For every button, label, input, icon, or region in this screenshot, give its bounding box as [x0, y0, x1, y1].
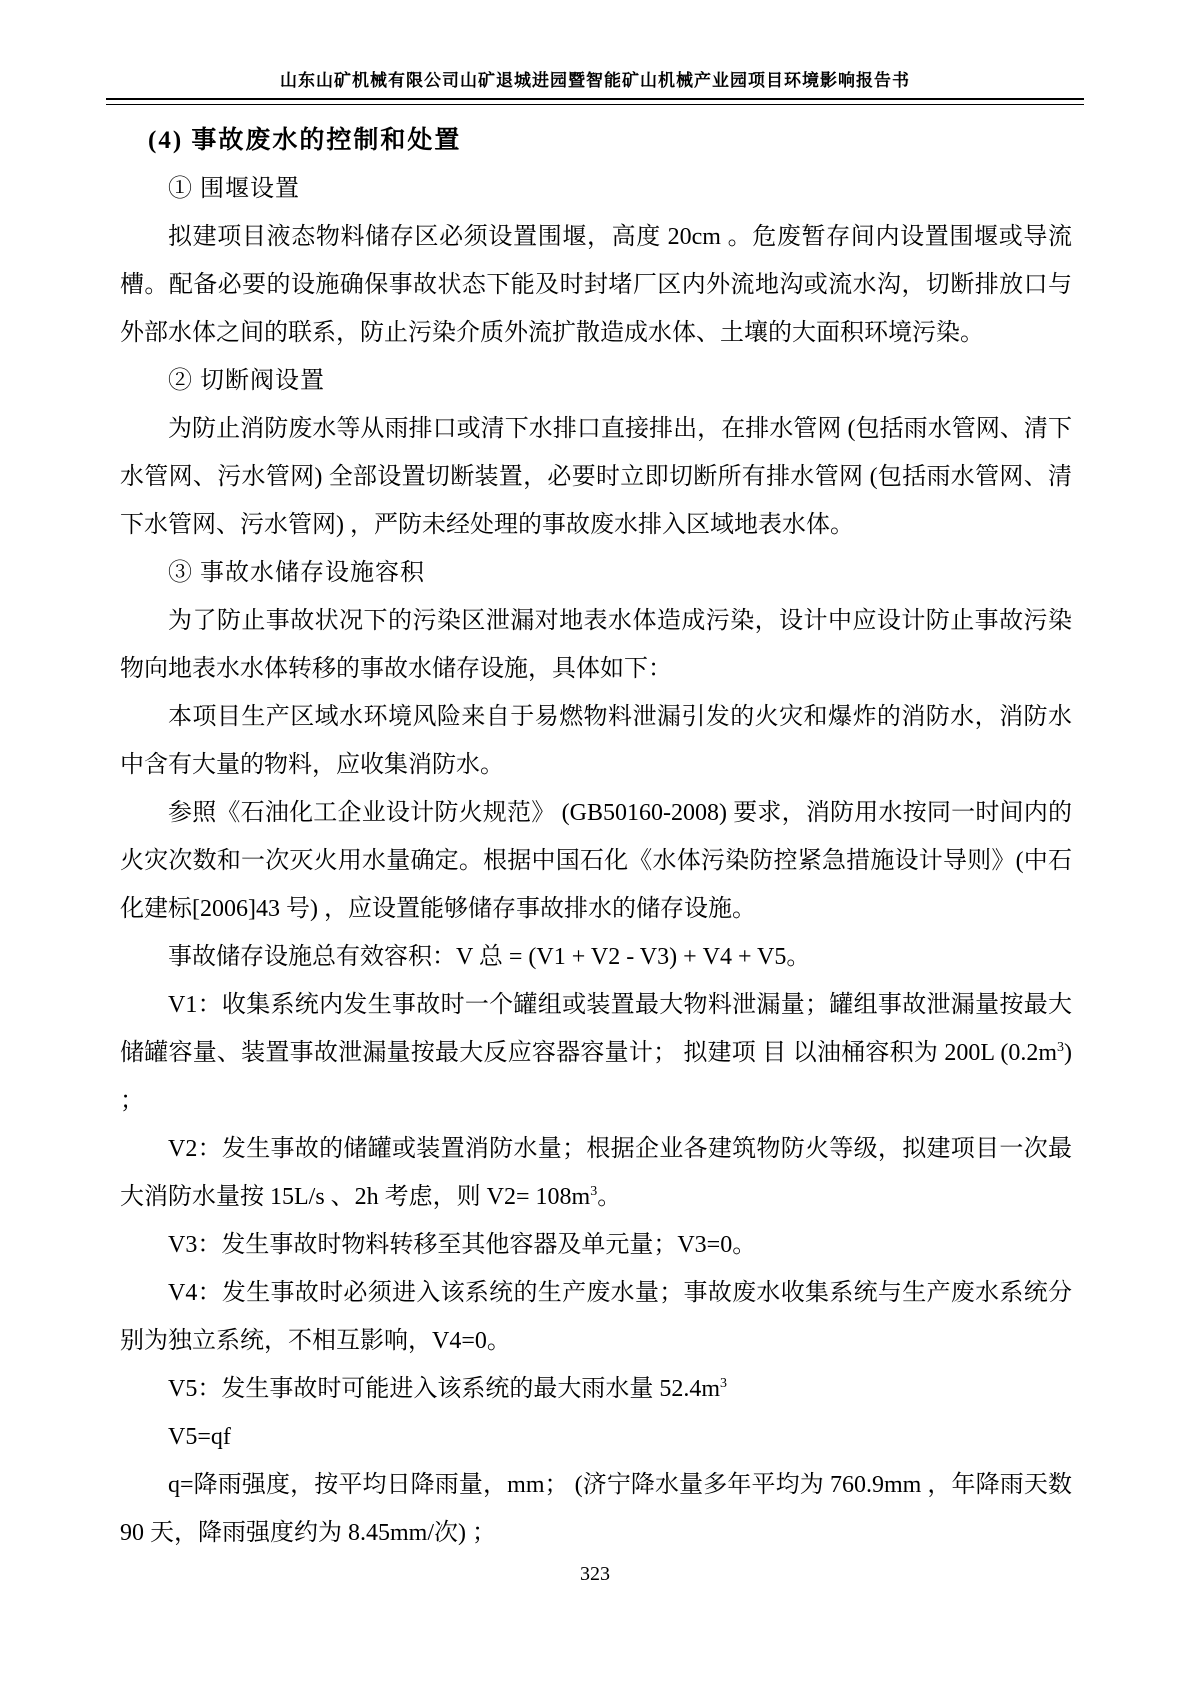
text-run: ① 围堰设置 — [168, 176, 300, 202]
body-paragraph: 为防止消防废水等从雨排口或清下水排口直接排出，在排水管网 (包括雨水管网、清下水… — [120, 405, 1072, 549]
page-number: 323 — [0, 1560, 1190, 1588]
text-run: V5=qf — [168, 1424, 231, 1450]
text-run: 事故储存设施总有效容积：V 总 = (V1 + V2 - V3) + V4 + … — [168, 944, 810, 970]
body-paragraph: V5=qf — [120, 1413, 1072, 1461]
body-paragraph: 拟建项目液态物料储存区必须设置围堰，高度 20cm 。危废暂存间内设置围堰或导流… — [120, 213, 1072, 357]
document-page: 山东山矿机械有限公司山矿退城进园暨智能矿山机械产业园项目环境影响报告书 (4) … — [0, 0, 1190, 1683]
header-rule-top — [106, 98, 1084, 100]
text-run: V1：收集系统内发生事故时一个罐组或装置最大物料泄漏量；罐组事故泄漏量按最大储罐… — [120, 992, 1072, 1066]
text-run: (4) 事故废水的控制和处置 — [148, 127, 461, 154]
text-run: 参照《石油化工企业设计防火规范》 (GB50160-2008) 要求，消防用水按… — [120, 800, 1072, 922]
sub-heading: ③ 事故水储存设施容积 — [120, 549, 1072, 597]
body-paragraph: V1：收集系统内发生事故时一个罐组或装置最大物料泄漏量；罐组事故泄漏量按最大储罐… — [120, 981, 1072, 1125]
text-run: 本项目生产区域水环境风险来自于易燃物料泄漏引发的火灾和爆炸的消防水，消防水中含有… — [120, 704, 1072, 778]
body-paragraph: V4：发生事故时必须进入该系统的生产废水量；事故废水收集系统与生产废水系统分别为… — [120, 1269, 1072, 1365]
body-paragraph: 事故储存设施总有效容积：V 总 = (V1 + V2 - V3) + V4 + … — [120, 933, 1072, 981]
text-run: q=降雨强度，按平均日降雨量，mm； (济宁降水量多年平均为 760.9mm ，… — [120, 1472, 1072, 1546]
page-header-title: 山东山矿机械有限公司山矿退城进园暨智能矿山机械产业园项目环境影响报告书 — [106, 70, 1084, 92]
text-run: 拟建项目液态物料储存区必须设置围堰，高度 20cm 。危废暂存间内设置围堰或导流… — [120, 224, 1072, 346]
body-paragraph: 为了防止事故状况下的污染区泄漏对地表水体造成污染，设计中应设计防止事故污染物向地… — [120, 597, 1072, 693]
text-run: ③ 事故水储存设施容积 — [168, 560, 425, 586]
text-run: V4：发生事故时必须进入该系统的生产废水量；事故废水收集系统与生产废水系统分别为… — [120, 1280, 1072, 1354]
section-heading: (4) 事故废水的控制和处置 — [120, 117, 1072, 165]
text-run: 为防止消防废水等从雨排口或清下水排口直接排出，在排水管网 (包括雨水管网、清下水… — [120, 416, 1072, 538]
sub-heading: ① 围堰设置 — [120, 165, 1072, 213]
superscript: 3 — [1057, 1040, 1064, 1055]
document-body: (4) 事故废水的控制和处置① 围堰设置拟建项目液态物料储存区必须设置围堰，高度… — [120, 117, 1072, 1557]
sub-heading: ② 切断阀设置 — [120, 357, 1072, 405]
text-run: V5：发生事故时可能进入该系统的最大雨水量 52.4m — [168, 1376, 720, 1402]
text-run: 。 — [597, 1184, 621, 1210]
header-rule-bottom — [106, 104, 1084, 105]
body-paragraph: V2：发生事故的储罐或装置消防水量；根据企业各建筑物防火等级，拟建项目一次最大消… — [120, 1125, 1072, 1221]
text-run: V3：发生事故时物料转移至其他容器及单元量；V3=0。 — [168, 1232, 756, 1258]
body-paragraph: 参照《石油化工企业设计防火规范》 (GB50160-2008) 要求，消防用水按… — [120, 789, 1072, 933]
body-paragraph: 本项目生产区域水环境风险来自于易燃物料泄漏引发的火灾和爆炸的消防水，消防水中含有… — [120, 693, 1072, 789]
body-paragraph: V5：发生事故时可能进入该系统的最大雨水量 52.4m3 — [120, 1365, 1072, 1413]
body-paragraph: q=降雨强度，按平均日降雨量，mm； (济宁降水量多年平均为 760.9mm ，… — [120, 1461, 1072, 1557]
body-paragraph: V3：发生事故时物料转移至其他容器及单元量；V3=0。 — [120, 1221, 1072, 1269]
superscript: 3 — [720, 1376, 727, 1391]
text-run: 为了防止事故状况下的污染区泄漏对地表水体造成污染，设计中应设计防止事故污染物向地… — [120, 608, 1072, 682]
text-run: ② 切断阀设置 — [168, 368, 325, 394]
